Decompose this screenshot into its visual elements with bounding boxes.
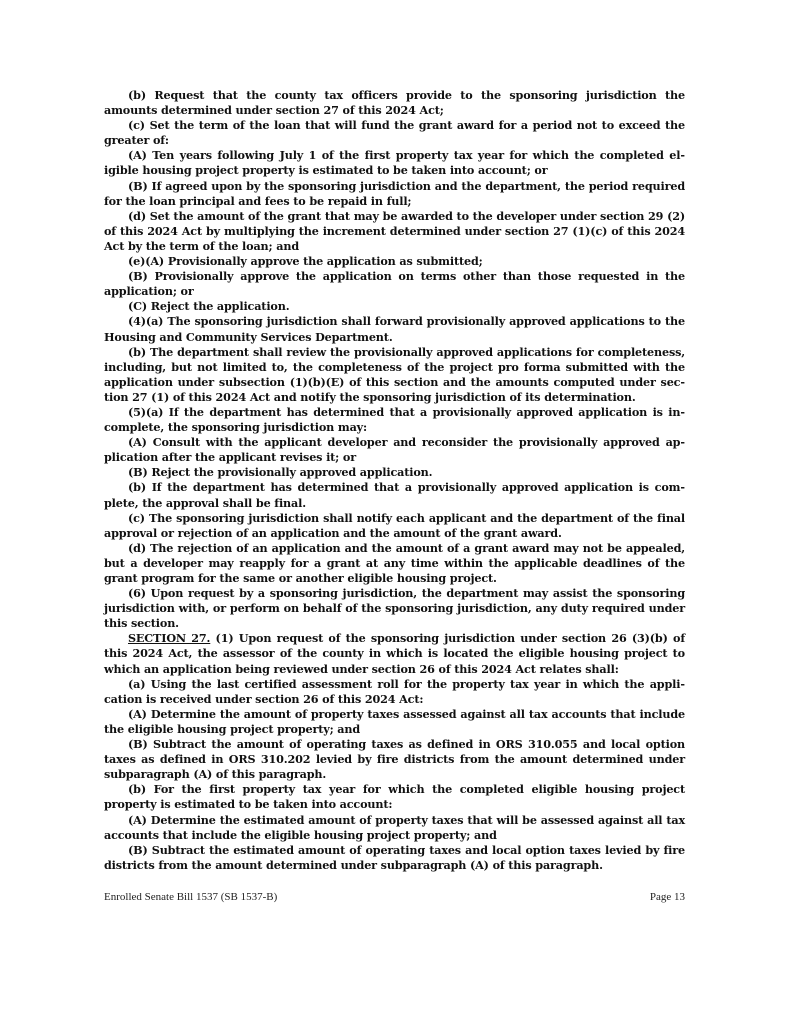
- paragraph: (b) For the first property tax year for …: [104, 782, 685, 812]
- paragraph: (A) Consult with the applicant developer…: [104, 435, 685, 465]
- paragraph: (b) If the department has determined tha…: [104, 480, 685, 510]
- paragraph: (b) Request that the county tax officers…: [104, 88, 685, 118]
- section-27-paragraph: SECTION 27. (1) Upon request of the spon…: [104, 631, 685, 676]
- paragraph: (d) Set the amount of the grant that may…: [104, 209, 685, 254]
- paragraph: (B) If agreed upon by the sponsoring jur…: [104, 179, 685, 209]
- paragraph: (b) The department shall review the prov…: [104, 345, 685, 405]
- paragraph: (B) Subtract the amount of operating tax…: [104, 737, 685, 782]
- paragraph: (B) Provisionally approve the applicatio…: [104, 269, 685, 299]
- bill-label: Enrolled Senate Bill 1537 (SB 1537-B): [104, 891, 277, 903]
- paragraph: (C) Reject the application.: [104, 299, 685, 314]
- paragraph: (B) Subtract the estimated amount of ope…: [104, 843, 685, 873]
- paragraph: (6) Upon request by a sponsoring jurisdi…: [104, 586, 685, 631]
- paragraph: (A) Determine the estimated amount of pr…: [104, 813, 685, 843]
- page-number: Page 13: [650, 891, 685, 903]
- page-footer: Enrolled Senate Bill 1537 (SB 1537-B) Pa…: [104, 891, 685, 903]
- paragraph: (d) The rejection of an application and …: [104, 541, 685, 586]
- paragraph: (B) Reject the provisionally approved ap…: [104, 465, 685, 480]
- paragraph: (4)(a) The sponsoring jurisdiction shall…: [104, 314, 685, 344]
- paragraph: (A) Ten years following July 1 of the fi…: [104, 148, 685, 178]
- paragraph: (A) Determine the amount of property tax…: [104, 707, 685, 737]
- paragraph: (c) Set the term of the loan that will f…: [104, 118, 685, 148]
- section-heading: SECTION 27.: [128, 631, 210, 645]
- document-body: (b) Request that the county tax officers…: [104, 88, 685, 873]
- paragraph: (c) The sponsoring jurisdiction shall no…: [104, 511, 685, 541]
- paragraph: (5)(a) If the department has determined …: [104, 405, 685, 435]
- paragraph: (e)(A) Provisionally approve the applica…: [104, 254, 685, 269]
- paragraph: (a) Using the last certified assessment …: [104, 677, 685, 707]
